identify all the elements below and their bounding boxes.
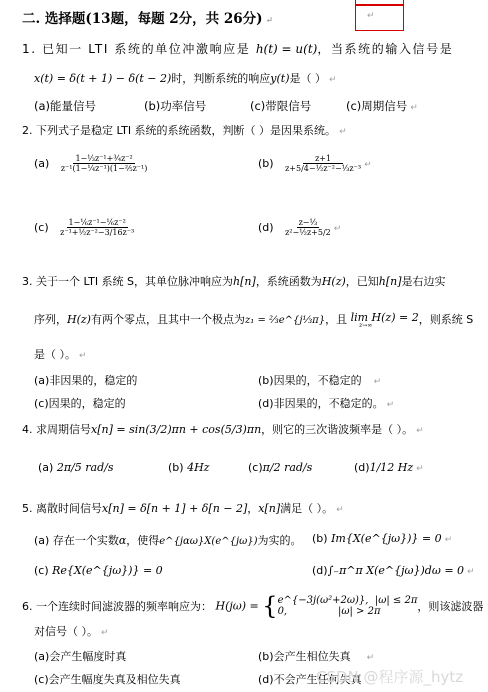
question-4-option-d[interactable]: (d)1/12 Hz↵: [354, 461, 424, 474]
question-3-option-d[interactable]: (d)非因果的，不稳定的。↵: [258, 395, 394, 411]
paragraph-mark-icon: ↵: [334, 224, 342, 234]
paragraph-mark-icon: ↵: [410, 103, 418, 113]
question-3-option-a[interactable]: (a)非因果的，稳定的: [34, 372, 137, 388]
paragraph-mark-icon: ↵: [339, 127, 347, 137]
question-2-option-d[interactable]: (d) z−⅓z²−½z+5/2↵: [258, 218, 341, 237]
question-2-option-a[interactable]: (a) 1−⅓z⁻¹+¾z⁻²z⁻¹(1−¼z⁻¹)(1−⅖z⁻¹): [34, 154, 147, 173]
fraction: z−⅓z²−½z+5/2: [285, 218, 331, 237]
question-1-option-d[interactable]: (c)周期信号↵: [346, 98, 418, 114]
question-3-line-3: 是（ ）。↵: [34, 346, 87, 362]
question-5-option-a[interactable]: (a) 存在一个实数α，使得e^{jαω}X(e^{jω})为实的。: [34, 532, 302, 548]
left-brace: {: [262, 592, 277, 620]
question-1-line-2: x(t) = δ(t + 1) − δ(t − 2)时，判断系统的响应y(t)是…: [34, 70, 337, 86]
question-2-stem: 2. 下列式子是稳定 LTI 系统的系统函数，判断（ ）是因果系统。↵: [22, 122, 347, 138]
paragraph-mark-icon: ↵: [374, 377, 382, 387]
question-4-option-b[interactable]: (b) 4Hz: [168, 461, 209, 474]
question-4-option-c[interactable]: (c)π/2 rad/s: [248, 461, 312, 474]
paragraph-mark-icon: ↵: [364, 160, 372, 170]
question-1-option-a[interactable]: (a)能量信号: [34, 98, 96, 114]
paragraph-mark-icon: ↵: [445, 535, 453, 545]
question-1-option-c[interactable]: (c)带限信号: [250, 98, 311, 114]
question-6-option-c[interactable]: (c)会产生幅度失真及相位失真: [34, 671, 181, 687]
fraction: 1−⅙z⁻¹−⅙z⁻²z⁻¹+½z⁻²−3/16z⁻³: [60, 218, 134, 237]
paragraph-mark-icon: ↵: [416, 464, 424, 474]
question-1-option-b[interactable]: (b)功率信号: [144, 98, 206, 114]
highlight-box: ↵: [355, 4, 404, 31]
question-3-line-1: 3. 关于一个 LTI 系统 S，其单位脉冲响应为h[n]，系统函数为H(z)，…: [22, 273, 446, 289]
question-3-option-b[interactable]: (b)因果的，不稳定的↵: [258, 372, 381, 388]
paragraph-mark-icon: ↵: [367, 653, 375, 663]
question-4-stem: 4. 求周期信号x[n] = sin(3/2)πn + cos(5/3)πn，则…: [22, 421, 424, 437]
paragraph-mark-icon: ↵: [101, 628, 109, 638]
paragraph-mark-icon: ↵: [336, 505, 344, 515]
paragraph-mark-icon: ↵: [467, 567, 475, 577]
question-5-option-c[interactable]: (c) Re{X(e^{jω})} = 0: [34, 564, 163, 577]
question-6-line-2: 对信号（ ）。↵: [34, 623, 109, 639]
section-title: 二. 选择题(13题，每题 2分，共 26分)↵: [22, 7, 273, 27]
question-6-option-a[interactable]: (a)会产生幅度时真: [34, 648, 126, 664]
paragraph-mark-icon: ↵: [329, 75, 337, 85]
paragraph-mark-icon: ↵: [367, 11, 375, 21]
question-6-stem: 6. 一个连续时间滤波器的频率响应为： H(jω) = { e^{−3j(ω²+…: [22, 594, 483, 618]
watermark: CSDN @程序源_hytz: [316, 666, 463, 687]
limit-expression: lim H(z) = 2 z→∞: [351, 311, 419, 329]
question-4-option-a[interactable]: (a) 2π/5 rad/s: [38, 461, 113, 474]
question-2-option-b[interactable]: (b) z+1z+5/4−½z⁻²−⅓z⁻³↵: [258, 154, 372, 173]
fraction: z+1z+5/4−½z⁻²−⅓z⁻³: [285, 154, 361, 173]
question-6-option-b[interactable]: (b)会产生相位失真↵: [258, 648, 374, 664]
piecewise-cases: e^{−3j(ω²+2ω)}, |ω| ≤ 2π 0, |ω| > 2π: [278, 595, 418, 618]
question-1-line-1: 1. 已知一 LTI 系统的单位冲激响应是 h(t) = u(t)，当系统的输入…: [22, 40, 453, 57]
question-5-stem: 5. 离散时间信号x[n] = δ[n + 1] + δ[n − 2]，x[n]…: [22, 500, 344, 516]
paragraph-mark-icon: ↵: [387, 400, 395, 410]
question-3-option-c[interactable]: (c)因果的，稳定的: [34, 395, 126, 411]
paragraph-mark-icon: ↵: [79, 351, 87, 361]
question-3-line-2: 序列，H(z)有两个零点，且其中一个极点为z₁ = ⅔e^{j⅓π}，且 lim…: [34, 311, 473, 329]
question-5-option-b[interactable]: (b) Im{X(e^{jω})} = 0↵: [312, 532, 452, 545]
paragraph-mark-icon: ↵: [266, 16, 274, 26]
question-2-option-c[interactable]: (c) 1−⅙z⁻¹−⅙z⁻²z⁻¹+½z⁻²−3/16z⁻³: [34, 218, 134, 237]
paragraph-mark-icon: ↵: [416, 426, 424, 436]
question-5-option-d[interactable]: (d)∫₋π^π X(e^{jω})dω = 0↵: [312, 564, 475, 577]
fraction: 1−⅓z⁻¹+¾z⁻²z⁻¹(1−¼z⁻¹)(1−⅖z⁻¹): [61, 154, 148, 173]
